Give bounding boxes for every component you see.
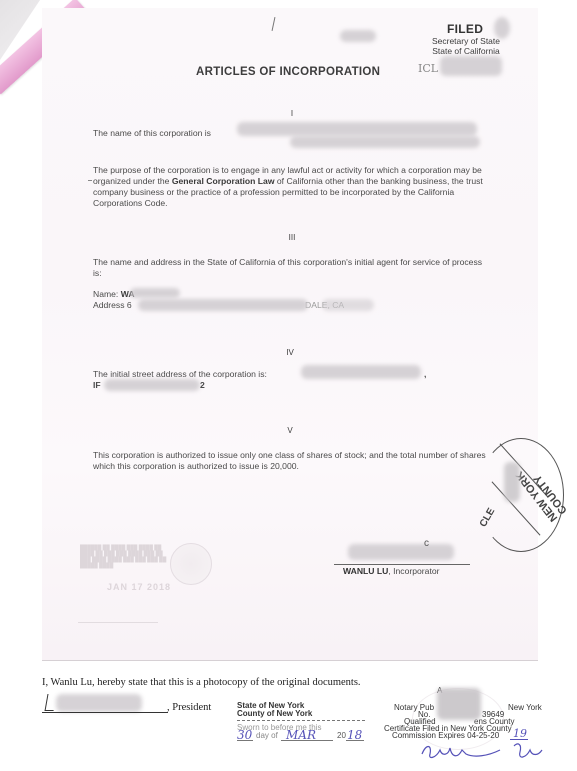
signature-line — [334, 564, 470, 565]
redacted-street-address — [301, 365, 421, 379]
redacted-signature — [348, 544, 454, 560]
filed-stamp-title: FILED — [447, 22, 483, 36]
faint-certificate-text: ██████ ██ ████ ███ ████ ██ ████ ██ ███ █… — [80, 545, 168, 569]
handwritten-file-number: ICL — [418, 62, 438, 75]
faint-certificate-date: JAN 17 2018 — [107, 582, 171, 592]
redacted-notary-name — [437, 688, 481, 720]
pen-mark — [88, 180, 92, 181]
redacted-agent-name — [130, 288, 180, 298]
year-line — [346, 740, 364, 741]
redacted-area — [340, 30, 376, 42]
faint-line — [78, 622, 158, 623]
section-numeral: III — [272, 233, 312, 242]
bold-law-name: General Corporation Law — [172, 176, 275, 186]
notary-signature — [418, 738, 558, 764]
section-5-text: This corporation is authorized to issue … — [93, 450, 489, 472]
redacted-address — [322, 299, 374, 311]
photocopy-statement: I, Wanlu Lu, hereby state that this is a… — [42, 677, 361, 688]
president-signature-line — [42, 712, 168, 713]
redacted-corporation-name — [237, 122, 477, 136]
signature-stroke — [45, 694, 57, 711]
year-prefix: 20 — [337, 732, 346, 741]
section-3-text: The name and address in the State of Cal… — [93, 257, 489, 279]
venue-divider — [237, 720, 365, 721]
address-line2-start: IF — [93, 380, 101, 391]
faint-seal — [170, 543, 212, 585]
redacted-city — [104, 379, 200, 391]
incorporator-label: WANLU LU, Incorporator — [343, 566, 439, 577]
president-label: , President — [167, 702, 211, 713]
section-numeral: IV — [270, 348, 310, 357]
redacted-president-signature — [56, 694, 142, 712]
section-2-text: The purpose of the corporation is to eng… — [93, 165, 489, 209]
filed-stamp-line2: State of California — [420, 46, 512, 56]
day-of-label: day of — [256, 732, 278, 741]
signature-mark: c — [424, 538, 429, 549]
document-title: ARTICLES OF INCORPORATION — [196, 66, 380, 78]
section-numeral: I — [272, 109, 312, 118]
redacted-address — [138, 299, 308, 311]
notary-line2-end: New York — [508, 704, 542, 713]
redacted-area — [494, 17, 510, 39]
address-comma: , — [424, 369, 426, 380]
section-1-text: The name of this corporation is — [93, 128, 211, 139]
day-line — [237, 740, 253, 741]
venue-county: County of New York — [237, 710, 312, 719]
section-numeral: V — [270, 426, 310, 435]
agent-name-line: Name: WA — [93, 289, 135, 300]
redacted-area — [290, 136, 480, 148]
redacted-area — [440, 56, 502, 76]
redacted-stamp — [504, 462, 520, 502]
agent-address-line: Address 6 — [93, 300, 132, 311]
address-line2-end: 2 — [200, 380, 205, 391]
month-line — [281, 740, 333, 741]
